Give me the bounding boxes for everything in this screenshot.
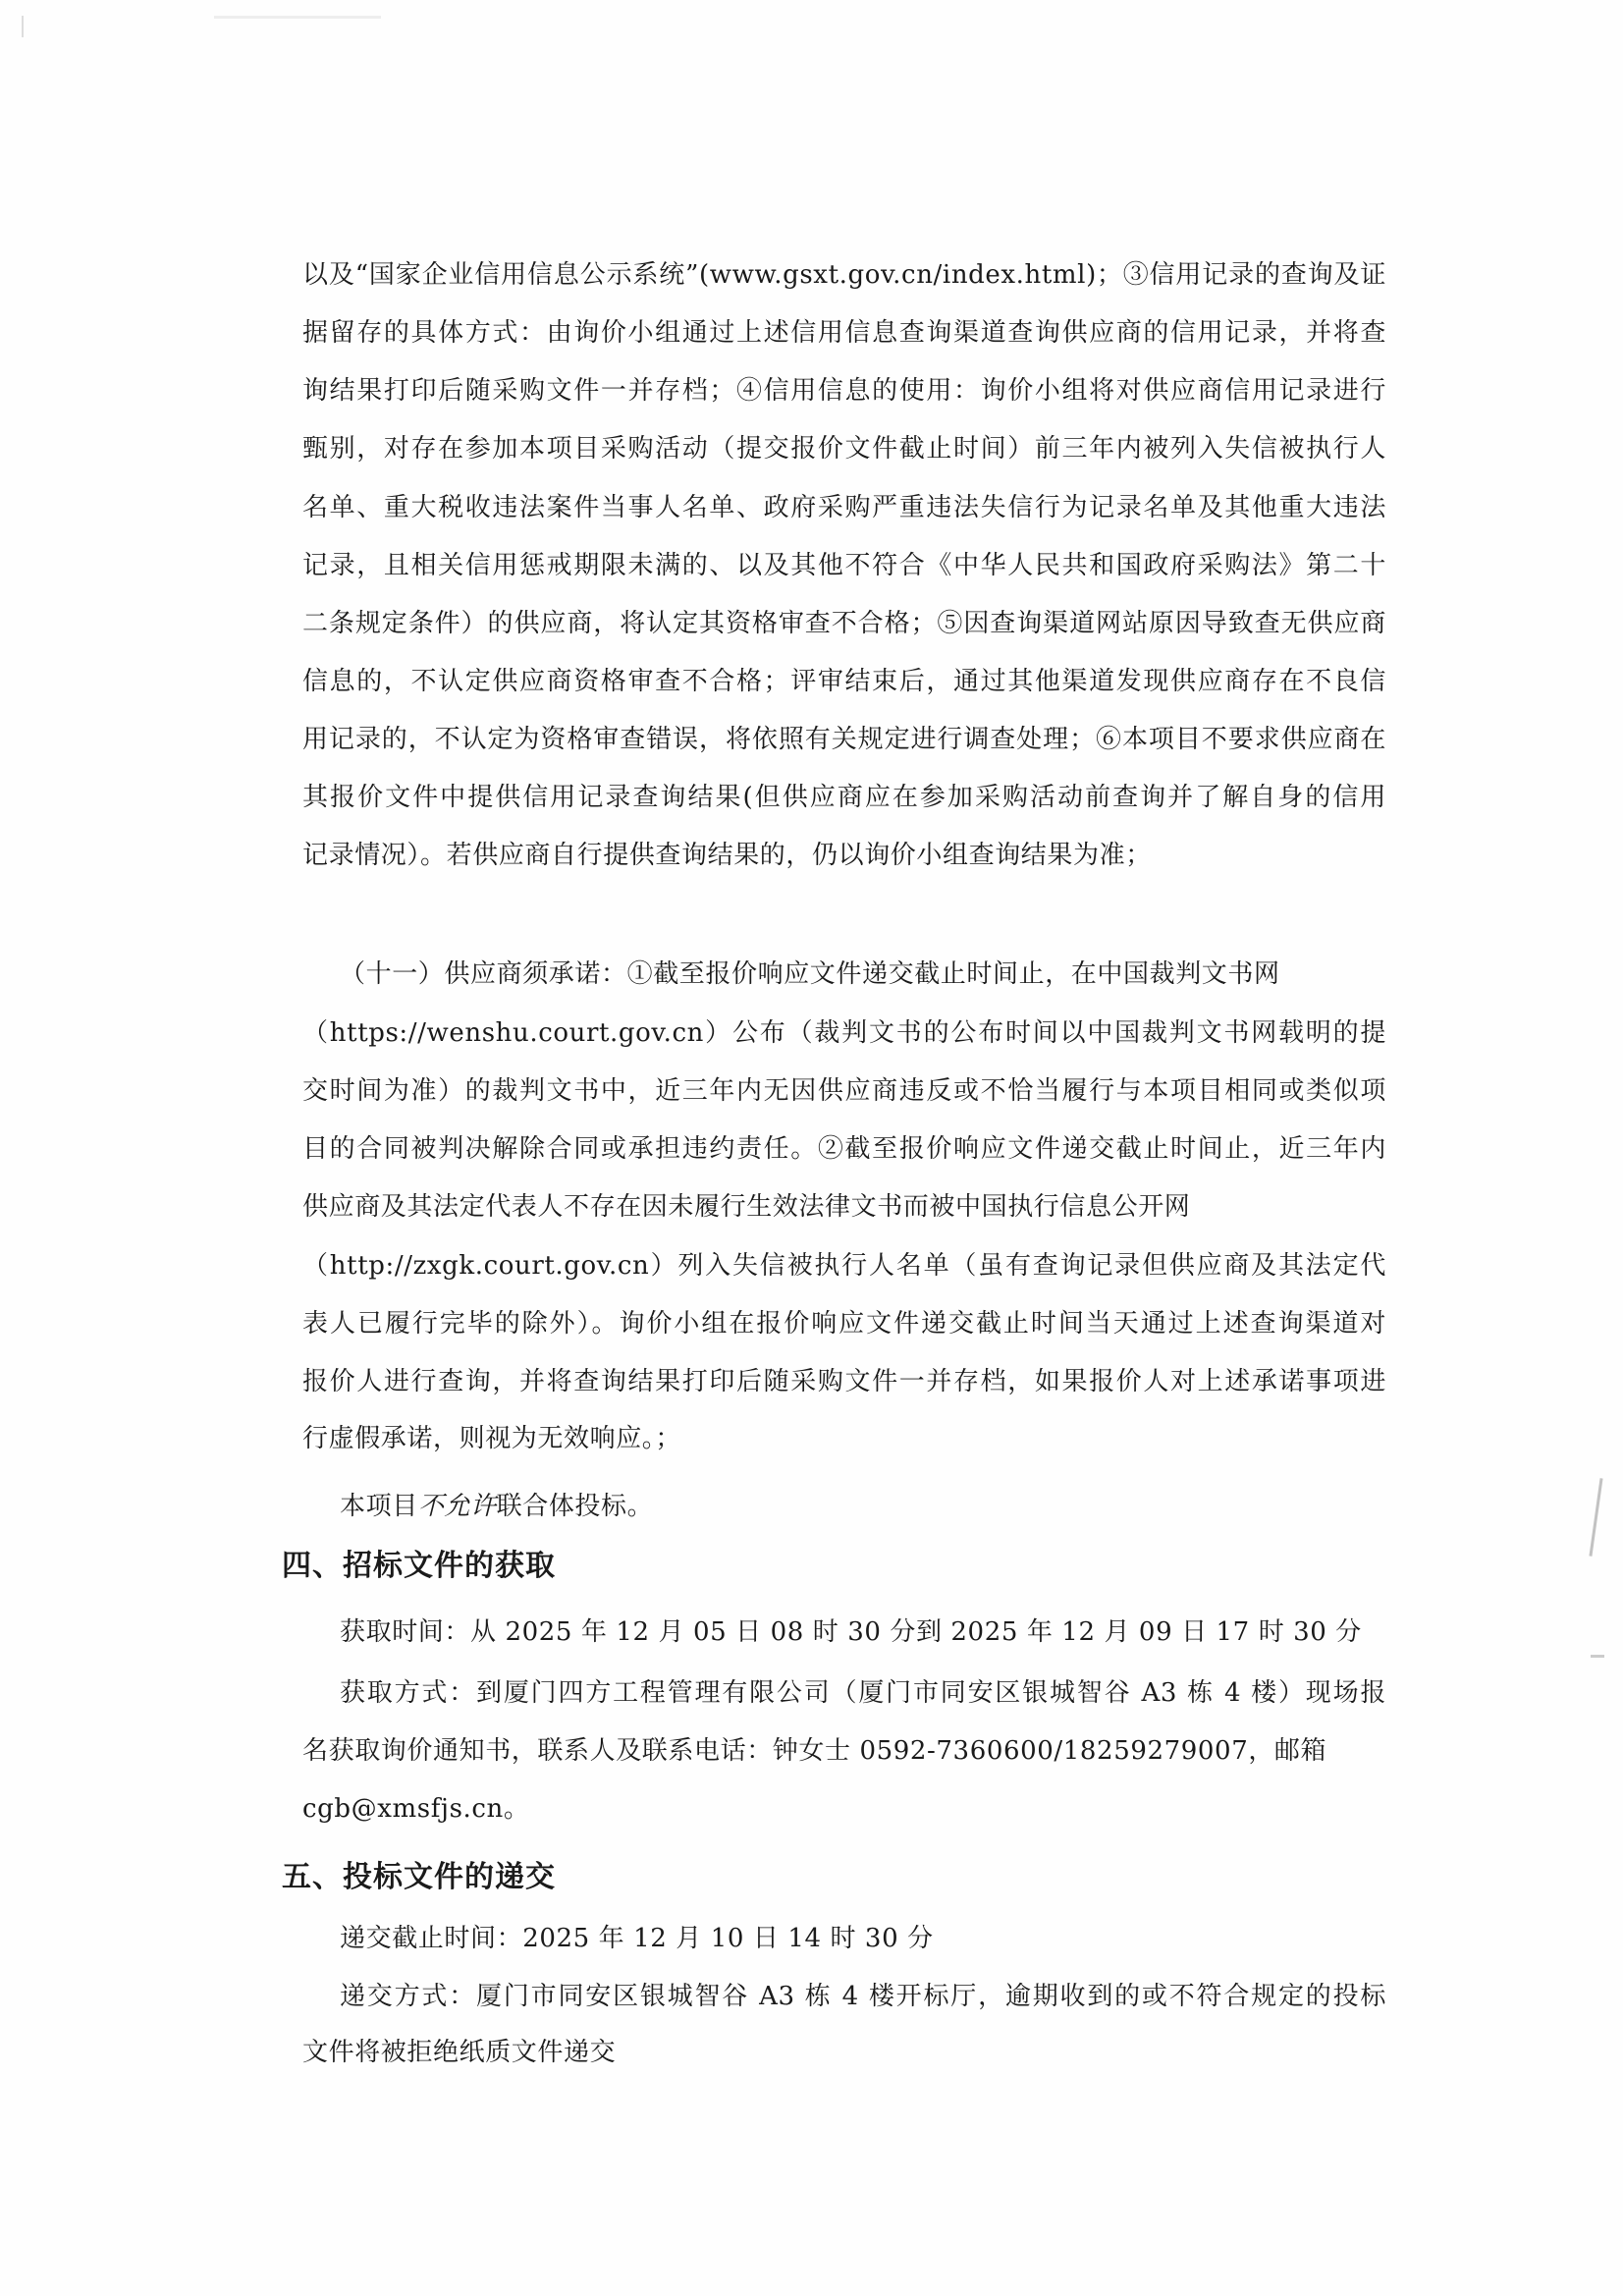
text-line: （http://zxgk.court.gov.cn）列入失信被执行人名单（虽有查… bbox=[302, 1249, 1386, 1283]
scan-artifact bbox=[22, 16, 24, 37]
contact-email: cgb@xmsfjs.cn。 bbox=[302, 1792, 1386, 1826]
text-line: 据留存的具体方式：由询价小组通过上述信用信息查询渠道查询供应商的信用记录，并将查 bbox=[302, 316, 1386, 350]
section-heading-document-acquisition: 四、招标文件的获取 bbox=[282, 1548, 556, 1585]
text-line: 供应商及其法定代表人不存在因未履行生效法律文书而被中国执行信息公开网 bbox=[302, 1190, 1386, 1224]
text-line: 其报价文件中提供信用记录查询结果(但供应商应在参加采购活动前查询并了解自身的信用 bbox=[302, 781, 1386, 814]
text-line: 名单、重大税收违法案件当事人名单、政府采购严重违法失信行为记录名单及其他重大违法 bbox=[302, 491, 1386, 524]
text-line: 用记录的，不认定为资格审查错误，将依照有关规定进行调查处理；⑥本项目不要求供应商… bbox=[302, 723, 1386, 756]
text-line: 交时间为准）的裁判文书中，近三年内无因供应商违反或不恰当履行与本项目相同或类似项 bbox=[302, 1074, 1386, 1108]
text-line: 报价人进行查询，并将查询结果打印后随采购文件一并存档，如果报价人对上述承诺事项进 bbox=[302, 1365, 1386, 1398]
text-line: 目的合同被判决解除合同或承担违约责任。②截至报价响应文件递交截止时间止，近三年内 bbox=[302, 1132, 1386, 1166]
text-line: 文件将被拒绝纸质文件递交 bbox=[302, 2036, 1386, 2069]
document-page: 以及“国家企业信用信息公示系统”(www.gsxt.gov.cn/index.h… bbox=[0, 0, 1623, 2296]
text-line: 信息的，不认定供应商资格审查不合格；评审结束后，通过其他渠道发现供应商存在不良信 bbox=[302, 665, 1386, 698]
text-line: 以及“国家企业信用信息公示系统”(www.gsxt.gov.cn/index.h… bbox=[302, 258, 1386, 292]
text-line: 行虚假承诺，则视为无效响应。； bbox=[302, 1422, 1386, 1455]
text-line: 名获取询价通知书，联系人及联系电话：钟女士 0592-7360600/18259… bbox=[302, 1734, 1386, 1768]
consortium-prefix: 本项目 bbox=[340, 1492, 418, 1521]
text-line: （十一）供应商须承诺：①截至报价响应文件递交截止时间止，在中国裁判文书网 bbox=[340, 957, 1386, 991]
text-line: （https://wenshu.court.gov.cn）公布（裁判文书的公布时… bbox=[302, 1016, 1386, 1050]
submission-deadline: 递交截止时间：2025 年 12 月 10 日 14 时 30 分 bbox=[340, 1922, 1386, 1955]
scan-artifact bbox=[214, 16, 381, 19]
text-line: 表人已履行完毕的除外）。询价小组在报价响应文件递交截止时间当天通过上述查询渠道对 bbox=[302, 1307, 1386, 1340]
text-line: 获取方式：到厦门四方工程管理有限公司（厦门市同安区银城智谷 A3 栋 4 楼）现… bbox=[340, 1676, 1386, 1710]
scan-artifact bbox=[1591, 1655, 1604, 1658]
text-line: 甄别，对存在参加本项目采购活动（提交报价文件截止时间）前三年内被列入失信被执行人 bbox=[302, 432, 1386, 465]
consortium-emphasis: 不允许 bbox=[418, 1492, 497, 1521]
text-line: 二条规定条件）的供应商，将认定其资格审查不合格；⑤因查询渠道网站原因导致查无供应… bbox=[302, 607, 1386, 640]
text-line: 记录，且相关信用惩戒期限未满的、以及其他不符合《中华人民共和国政府采购法》第二十 bbox=[302, 549, 1386, 582]
consortium-suffix: 联合体投标。 bbox=[497, 1492, 654, 1521]
acquisition-time: 获取时间：从 2025 年 12 月 05 日 08 时 30 分到 2025 … bbox=[340, 1615, 1386, 1649]
scan-artifact bbox=[1589, 1478, 1602, 1557]
text-line: 记录情况）。若供应商自行提供查询结果的，仍以询价小组查询结果为准； bbox=[302, 839, 1386, 872]
text-line: 递交方式：厦门市同安区银城智谷 A3 栋 4 楼开标厅，逾期收到的或不符合规定的… bbox=[340, 1980, 1386, 2013]
section-heading-bid-submission: 五、投标文件的递交 bbox=[282, 1859, 556, 1896]
text-line: 询结果打印后随采购文件一并存档；④信用信息的使用：询价小组将对供应商信用记录进行 bbox=[302, 374, 1386, 408]
consortium-statement: 本项目不允许联合体投标。 bbox=[340, 1490, 1386, 1523]
